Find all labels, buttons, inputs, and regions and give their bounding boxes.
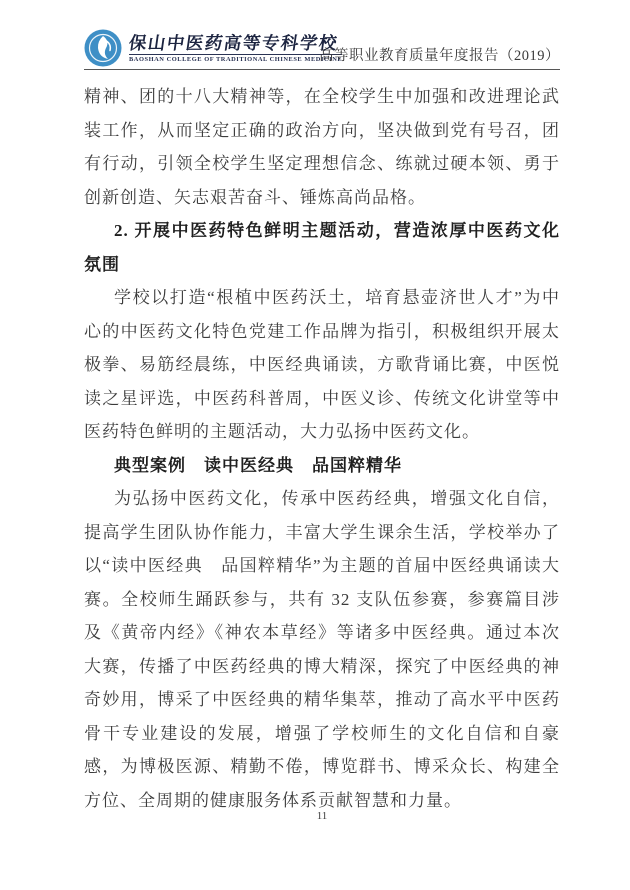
report-title: 高等职业教育质量年度报告（2019） (319, 44, 560, 65)
paragraph-theme-activities: 学校以打造“根植中医药沃土，培育悬壶济世人才”为中心的中医药文化特色党建工作品牌… (84, 281, 560, 449)
college-logo-icon (84, 29, 122, 67)
section-heading: 2. 开展中医药特色鲜明主题活动，营造浓厚中医药文化氛围 (84, 214, 560, 281)
document-page: 保山中医药高等专科学校 BAOSHAN COLLEGE OF TRADITION… (0, 0, 630, 890)
brand-divider (129, 54, 342, 55)
header-divider (84, 69, 560, 70)
case-study-heading: 典型案例 读中医经典 品国粹精华 (84, 449, 560, 483)
page-body: 精神、团的十八大精神等，在全校学生中加强和改进理论武装工作，从而坚定正确的政治方… (84, 80, 560, 817)
college-name-en: BAOSHAN COLLEGE OF TRADITIONAL CHINESE M… (129, 56, 342, 63)
college-brand: 保山中医药高等专科学校 BAOSHAN COLLEGE OF TRADITION… (84, 29, 342, 67)
college-name-cn: 保山中医药高等专科学校 (128, 33, 344, 53)
paragraph-continuation: 精神、团的十八大精神等，在全校学生中加强和改进理论武装工作，从而坚定正确的政治方… (84, 80, 560, 214)
paragraph-case-study: 为弘扬中医药文化，传承中医药经典，增强文化自信，提高学生团队协作能力，丰富大学生… (84, 482, 560, 817)
page-number: 11 (84, 810, 560, 822)
college-name-block: 保山中医药高等专科学校 BAOSHAN COLLEGE OF TRADITION… (129, 33, 342, 63)
